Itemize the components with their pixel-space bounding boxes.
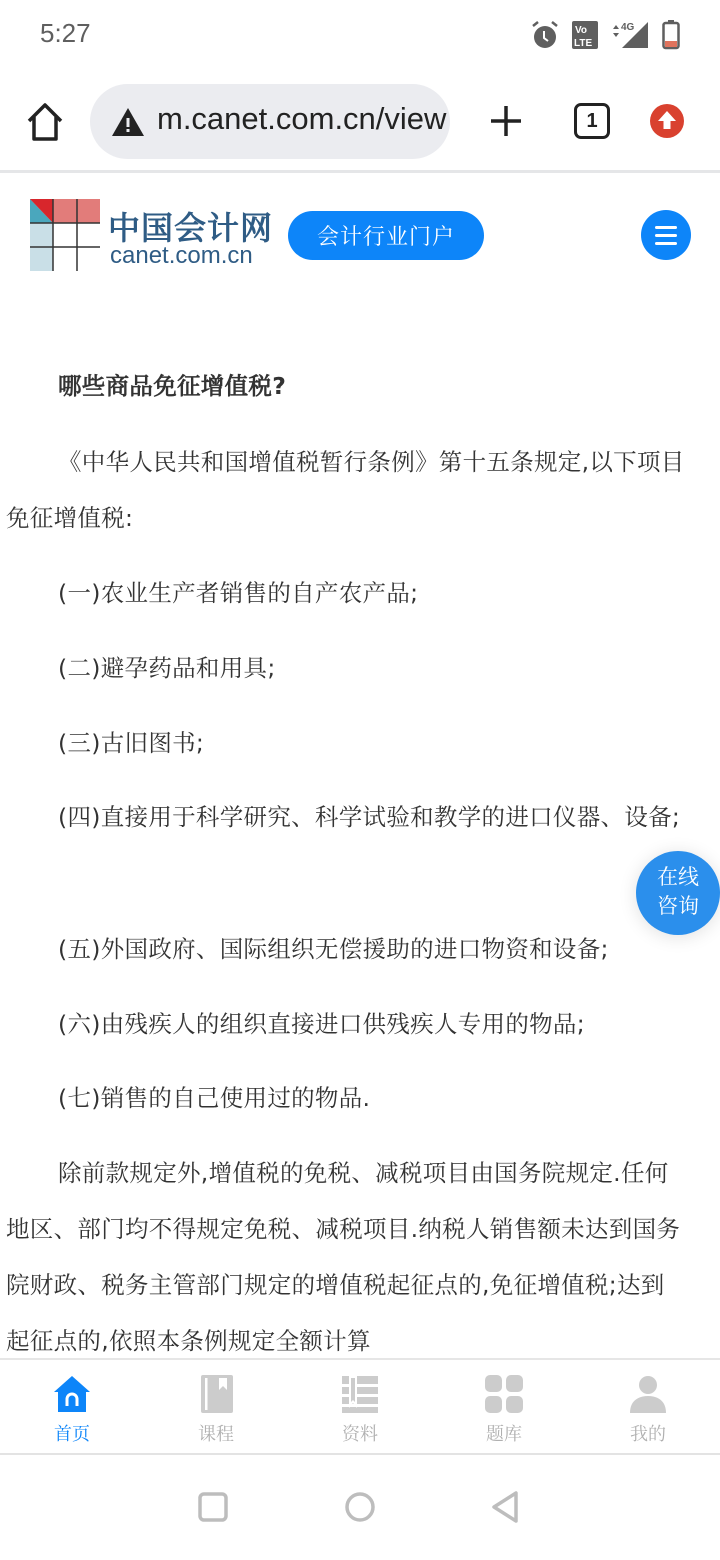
article-paragraph: (六)由残疾人的组织直接进口供残疾人专用的物品; <box>6 996 686 1052</box>
article-paragraph: (七)销售的自己使用过的物品. <box>6 1070 686 1126</box>
browser-home-button[interactable] <box>22 99 68 145</box>
home-icon <box>22 99 68 145</box>
hamburger-menu-button[interactable] <box>641 210 691 260</box>
status-time: 5:27 <box>40 18 91 49</box>
status-icons: Vo LTE 4G <box>530 18 680 52</box>
menu-line <box>655 242 677 245</box>
article-paragraph: (三)古旧图书; <box>6 715 686 771</box>
system-nav-bar <box>0 1457 720 1560</box>
nav-label: 首页 <box>54 1420 90 1446</box>
recents-button[interactable] <box>197 1491 229 1523</box>
new-tab-button[interactable] <box>486 101 526 141</box>
4g-signal-icon: 4G <box>610 20 650 50</box>
home-icon <box>52 1374 92 1414</box>
system-home-button[interactable] <box>343 1491 377 1523</box>
site-header: 中国会计网 canet.com.cn 会计行业门户 <box>0 180 720 290</box>
consult-label-line1: 在线 <box>636 863 720 892</box>
browser-toolbar: m.canet.com.cn/view 1 <box>0 75 720 173</box>
warning-icon <box>110 106 146 138</box>
site-logo[interactable]: 中国会计网 canet.com.cn <box>30 199 262 273</box>
volte-icon: Vo LTE <box>572 21 598 49</box>
article-paragraph: 《中华人民共和国增值税暂行条例》第十五条规定,以下项目免征增值税: <box>6 434 686 546</box>
nav-label: 题库 <box>486 1420 522 1446</box>
svg-text:4G: 4G <box>621 22 635 33</box>
nav-label: 我的 <box>630 1420 666 1446</box>
book-icon <box>196 1374 236 1414</box>
address-bar[interactable]: m.canet.com.cn/view <box>90 84 450 159</box>
online-consult-button[interactable]: 在线 咨询 <box>636 851 720 935</box>
battery-low-icon <box>662 20 680 50</box>
nav-item-home[interactable]: 首页 <box>0 1360 144 1453</box>
grid-icon <box>484 1374 524 1414</box>
article-paragraph: (二)避孕药品和用具; <box>6 640 686 696</box>
nav-item-question-bank[interactable]: 题库 <box>432 1360 576 1453</box>
article-paragraph: (一)农业生产者销售的自产农产品; <box>6 565 686 621</box>
nav-item-materials[interactable]: 资料 <box>288 1360 432 1453</box>
alarm-icon <box>530 20 560 50</box>
bottom-nav: 首页 课程 资料 题库 我的 <box>0 1358 720 1455</box>
back-button[interactable] <box>490 1491 522 1523</box>
menu-line <box>655 226 677 229</box>
article-paragraph: (五)外国政府、国际组织无偿援助的进口物资和设备; <box>6 921 686 977</box>
nav-item-courses[interactable]: 课程 <box>144 1360 288 1453</box>
logo-grid-icon <box>30 199 100 271</box>
update-icon <box>649 103 685 139</box>
user-icon <box>628 1374 668 1414</box>
nav-item-profile[interactable]: 我的 <box>576 1360 720 1453</box>
portal-button[interactable]: 会计行业门户 <box>288 211 484 260</box>
url-text[interactable]: m.canet.com.cn/view <box>157 101 447 137</box>
svg-text:LTE: LTE <box>574 38 592 49</box>
document-list-icon <box>340 1374 380 1414</box>
status-bar: 5:27 Vo LTE 4G <box>0 0 720 70</box>
consult-label-line2: 咨询 <box>636 892 720 921</box>
nav-label: 资料 <box>342 1420 378 1446</box>
plus-icon <box>486 101 526 141</box>
article-title: 哪些商品免征增值税? <box>6 358 686 414</box>
svg-text:Vo: Vo <box>575 25 587 36</box>
logo-domain-text: canet.com.cn <box>110 242 253 270</box>
article-paragraph: 除前款规定外,增值税的免税、减税项目由国务院规定.任何地区、部门均不得规定免税、… <box>6 1145 686 1369</box>
article-paragraph: (四)直接用于科学研究、科学试验和教学的进口仪器、设备; <box>6 789 686 845</box>
update-button[interactable] <box>649 103 685 139</box>
tab-switcher-button[interactable]: 1 <box>574 103 610 139</box>
nav-label: 课程 <box>198 1420 234 1446</box>
menu-line <box>655 234 677 237</box>
